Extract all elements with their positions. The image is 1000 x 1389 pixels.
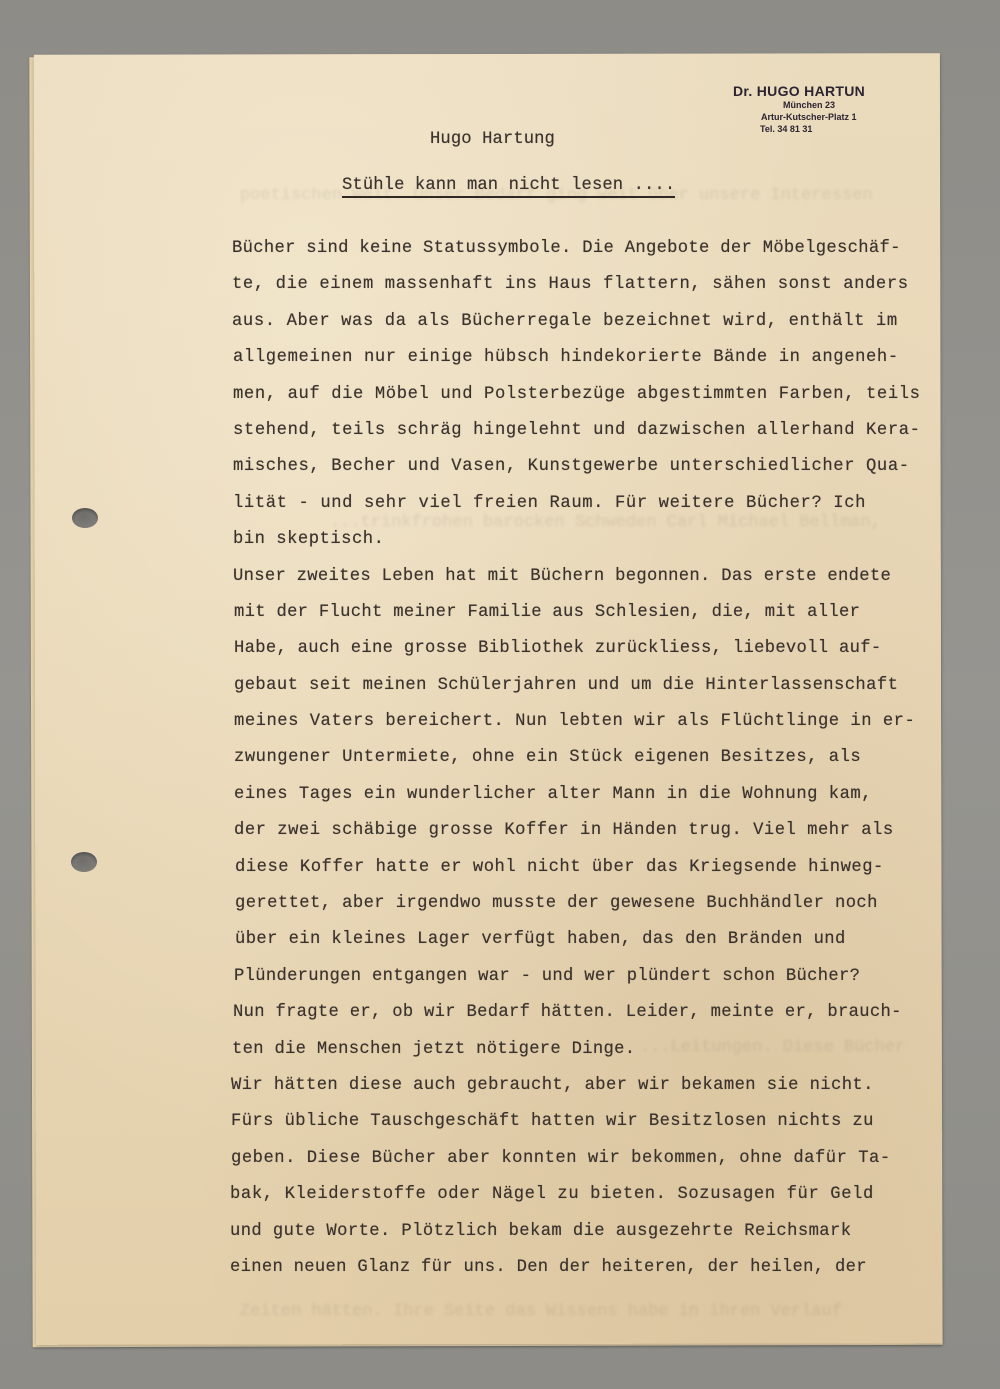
text-line: bak, Kleiderstoffe oder Nägel zu bieten.… <box>230 1177 921 1213</box>
punch-hole-top <box>72 508 98 528</box>
text-line: meines Vaters bereichert. Nun lebten wir… <box>234 704 921 740</box>
text-line: einen neuen Glanz für uns. Den der heite… <box>230 1250 921 1286</box>
show-through-text: Zeiten hätten. Ihre Seite das Wissens ha… <box>240 1302 842 1321</box>
text-line: eines Tages ein wunderlicher alter Mann … <box>234 777 921 813</box>
text-line: misches, Becher und Vasen, Kunstgewerbe … <box>233 449 921 485</box>
stamp-phone: Tel. 34 81 31 <box>733 125 878 134</box>
text-line: und gute Worte. Plötzlich bekam die ausg… <box>230 1214 921 1250</box>
text-line: gerettet, aber irgendwo musste der gewes… <box>235 886 921 922</box>
text-line: zwungener Untermiete, ohne ein Stück eig… <box>234 740 921 776</box>
author-name: Hugo Hartung <box>430 130 555 149</box>
document-title: Stühle kann man nicht lesen .... <box>342 176 675 198</box>
letterhead-stamp: Dr. HUGO HARTUN München 23 Artur-Kutsche… <box>733 84 878 134</box>
text-line: gebaut seit meinen Schülerjahren und um … <box>234 668 921 704</box>
text-line: men, auf die Möbel und Polsterbezüge abg… <box>233 377 921 413</box>
text-line: über ein kleines Lager verfügt haben, da… <box>235 922 921 958</box>
text-line: Fürs übliche Tauschgeschäft hatten wir B… <box>231 1104 921 1140</box>
text-line: aus. Aber was da als Bücherregale bezeic… <box>232 304 921 340</box>
text-line: stehend, teils schräg hingelehnt und daz… <box>233 413 921 449</box>
text-line: ten die Menschen jetzt nötigere Dinge. <box>232 1032 921 1068</box>
punch-hole-bottom <box>71 852 97 872</box>
body-text: Bücher sind keine Statussymbole. Die Ang… <box>232 231 921 1286</box>
stamp-name: Dr. HUGO HARTUN <box>733 84 878 98</box>
text-line: Nun fragte er, ob wir Bedarf hätten. Lei… <box>233 995 921 1031</box>
text-line: Bücher sind keine Statussymbole. Die Ang… <box>232 231 921 267</box>
text-line: Habe, auch eine grosse Bibliothek zurück… <box>234 631 921 667</box>
text-line: mit der Flucht meiner Familie aus Schles… <box>234 595 921 631</box>
text-line: der zwei schäbige grosse Koffer in Hände… <box>234 813 921 849</box>
text-line: te, die einem massenhaft ins Haus flatte… <box>232 267 921 303</box>
text-line: geben. Diese Bücher aber konnten wir bek… <box>231 1141 921 1177</box>
stamp-city: München 23 <box>733 101 878 110</box>
text-line: bin skeptisch. <box>233 522 921 558</box>
text-line: Unser zweites Leben hat mit Büchern bego… <box>233 559 921 595</box>
text-line: lität - und sehr viel freien Raum. Für w… <box>233 486 921 522</box>
text-line: allgemeinen nur einige hübsch hindekorie… <box>233 340 921 376</box>
text-line: Wir hätten diese auch gebraucht, aber wi… <box>231 1068 921 1104</box>
text-line: diese Koffer hatte er wohl nicht über da… <box>235 850 921 886</box>
stamp-street: Artur-Kutscher-Platz 1 <box>733 113 878 122</box>
text-line: Plünderungen entgangen war - und wer plü… <box>234 959 921 995</box>
